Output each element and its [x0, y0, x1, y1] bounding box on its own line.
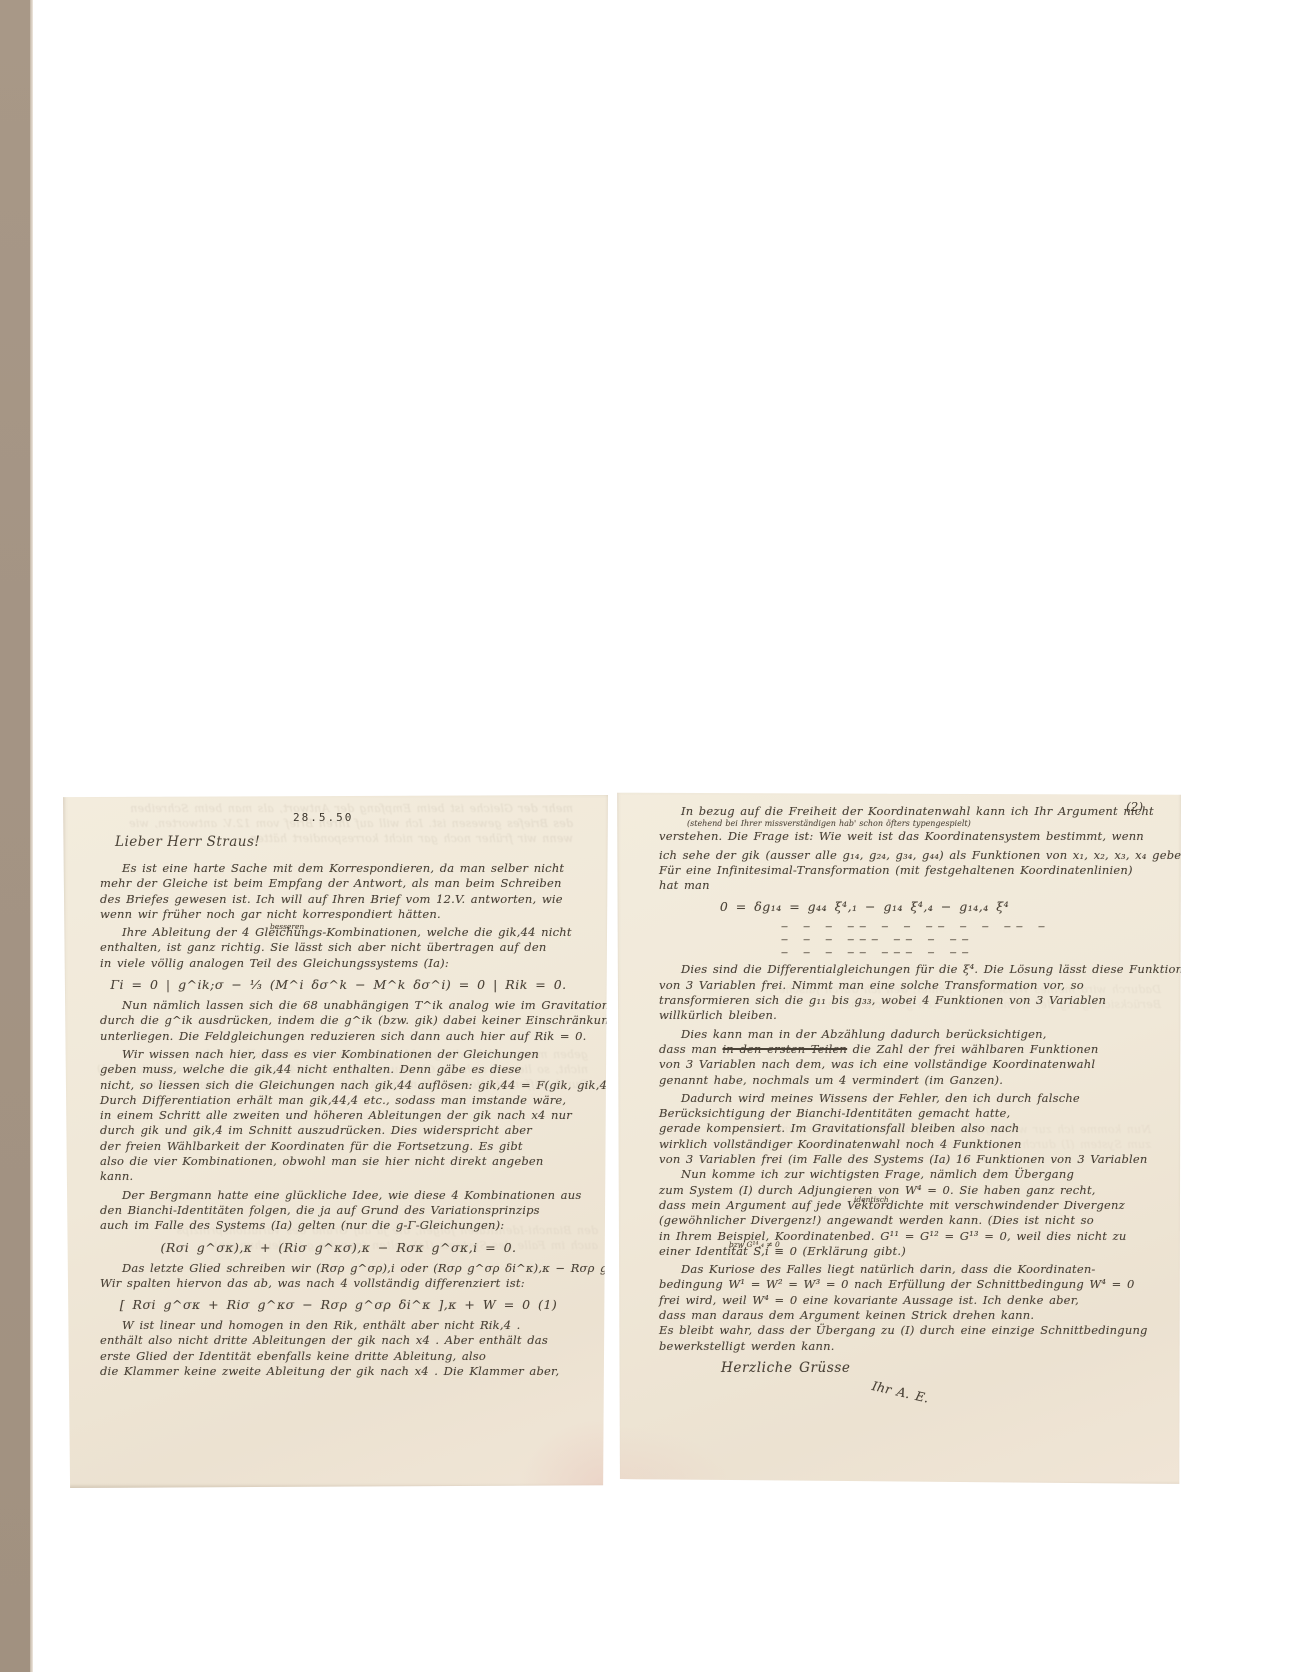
- handwriting-line: Nun nämlich lassen sich die 68 unabhängi…: [100, 998, 577, 1013]
- letter-page-1: mehr der Gleiche ist beim Empfang der An…: [63, 795, 608, 1488]
- page1-text: 28.5.50 Lieber Herr Straus! Es ist eine …: [100, 811, 577, 1379]
- handwriting-line: Der Bergmann hatte eine glückliche Idee,…: [100, 1188, 577, 1203]
- handwriting-line: hat man: [659, 878, 1165, 893]
- handwriting-line: erste Glied der Identität ebenfalls kein…: [100, 1349, 577, 1364]
- signature: Ihr A. E.: [871, 1378, 962, 1413]
- letter-date: 28.5.50: [293, 811, 577, 824]
- handwriting-line: von 3 Variablen nach dem, was ich eine v…: [659, 1057, 1165, 1072]
- handwriting-line: enthalten, ist ganz richtig. Sie lässt s…: [100, 940, 577, 955]
- handwriting-line: dass man daraus dem Argument keinen Stri…: [659, 1308, 1165, 1323]
- handwriting-line: Wir spalten hiervon das ab, was nach 4 v…: [100, 1276, 577, 1291]
- page2-text: In bezug auf die Freiheit der Koordinate…: [659, 804, 1165, 1394]
- handwriting-line: transformieren sich die g₁₁ bis g₃₃, wob…: [659, 993, 1165, 1008]
- handwriting-line: W ist linear und homogen in den Rik, ent…: [100, 1318, 577, 1333]
- handwriting-line: Wir wissen nach hier, dass es vier Kombi…: [100, 1047, 577, 1062]
- handwriting-line: Dies kann man in der Abzählung dadurch b…: [659, 1027, 1165, 1042]
- handwriting-line: geben muss, welche die gik,44 nicht enth…: [100, 1062, 577, 1077]
- inserted-word: identisch: [854, 1192, 889, 1207]
- handwriting-line: den Bianchi-Identitäten folgen, die ja a…: [100, 1203, 577, 1218]
- handwriting-line: Das Kuriose des Falles liegt natürlich d…: [659, 1262, 1165, 1277]
- handwriting-line: Für eine Infinitesimal-Transformation (m…: [659, 863, 1165, 878]
- handwriting-line: enthält also nicht dritte Ableitungen de…: [100, 1333, 577, 1348]
- handwriting-line: frei wird, weil W⁴ = 0 eine kovariante A…: [659, 1293, 1165, 1308]
- handwriting-line: wenn wir früher noch gar nicht korrespon…: [100, 907, 577, 922]
- handwriting-line: Durch Differentiation erhält man gik,44,…: [100, 1093, 577, 1108]
- handwriting-line: besseren Ihre Ableitung der 4 Gleichungs…: [100, 925, 577, 940]
- ditto-dashes: ‒ ‒ ‒ ‒‒‒ ‒‒ ‒ ‒‒: [781, 933, 1165, 946]
- handwriting-line-with-strikethrough: dass man in den ersten Teilen die Zahl d…: [659, 1042, 1165, 1057]
- handwriting-line: wirklich vollständiger Koordinatenwahl n…: [659, 1137, 1165, 1152]
- photo-backdrop: { "colors": { "backdrop": "#ffffff", "le…: [0, 0, 1301, 1672]
- handwriting-line: Es bleibt wahr, dass der Übergang zu (I)…: [659, 1323, 1165, 1338]
- handwriting-line: gerade kompensiert. Im Gravitationsfall …: [659, 1121, 1165, 1136]
- handwriting-line: identisch dass mein Argument auf jede Ve…: [659, 1198, 1165, 1213]
- handwriting-line: auch im Falle des Systems (Ia) gelten (n…: [100, 1218, 577, 1233]
- handwriting-equation: [ Rσi g^σκ + Riσ g^κσ − Rσρ g^σρ δi^κ ],…: [100, 1296, 577, 1314]
- handwriting-line: willkürlich bleiben.: [659, 1008, 1165, 1023]
- handwriting-line: Es ist eine harte Sache mit dem Korrespo…: [100, 861, 577, 876]
- letter-page-2: (2) Dadurch wird meines Wissens der Fehl…: [616, 792, 1181, 1486]
- handwriting-line: der freien Wählbarkeit der Koordinaten f…: [100, 1139, 577, 1154]
- handwriting-equation: Γi = 0 | g^ik;σ − ⅓ (M^i δσ^k − M^k δσ^i…: [100, 976, 577, 994]
- handwriting-line: durch die g^ik ausdrücken, indem die g^i…: [100, 1013, 577, 1028]
- handwriting-line: nicht, so liessen sich die Gleichungen n…: [100, 1078, 577, 1093]
- handwriting-line: bewerkstelligt werden kann.: [659, 1339, 1165, 1354]
- handwriting-line: bedingung W¹ = W² = W³ = 0 nach Erfüllun…: [659, 1277, 1165, 1292]
- handwriting-line: in viele völlig analogen Teil des Gleich…: [100, 956, 577, 971]
- handwriting-line: mehr der Gleiche ist beim Empfang der An…: [100, 876, 577, 891]
- ditto-dashes: ‒ ‒ ‒ ‒‒ ‒ ‒ ‒‒ ‒ ‒ ‒‒ ‒: [781, 920, 1165, 933]
- handwriting-line: Dies sind die Differentialgleichungen fü…: [659, 962, 1165, 977]
- handwriting-equation: (Rσi g^σκ),κ + (Riσ g^κσ),κ − Rσκ g^σκ,i…: [100, 1239, 577, 1257]
- inserted-note-line: (stehend bei Ihrer missverständigen hab'…: [687, 819, 1165, 829]
- handwriting-equation: 0 = δg₁₄ = g₄₄ ξ⁴,₁ − g₁₄ ξ⁴,₄ − g₁₄,₄ ξ…: [659, 898, 1165, 916]
- ditto-dashes: ‒ ‒ ‒ ‒‒ ‒‒‒ ‒ ‒‒: [781, 946, 1165, 959]
- handwriting-line: von 3 Variablen frei. Nimmt man eine sol…: [659, 978, 1165, 993]
- handwriting-line: unterliegen. Die Feldgleichungen reduzie…: [100, 1029, 577, 1044]
- handwriting-line: Nun komme ich zur wichtigsten Frage, näm…: [659, 1167, 1165, 1182]
- inserted-formula: bzw G¹⁴,₄ ≠ 0: [729, 1237, 780, 1252]
- inserted-word: besseren: [248, 919, 304, 934]
- handwriting-line: Das letzte Glied schreiben wir (Rσρ g^σρ…: [100, 1261, 577, 1276]
- handwriting-line: zum System (I) durch Adjungieren von W⁴ …: [659, 1183, 1165, 1198]
- handwriting-line: ich sehe der gik (ausser alle g₁₄, g₂₄, …: [659, 848, 1165, 863]
- handwriting-line: die Klammer keine zweite Ableitung der g…: [100, 1364, 577, 1379]
- handwriting-line: Berücksichtigung der Bianchi-Identitäten…: [659, 1106, 1165, 1121]
- struck-text: in den ersten Teilen: [723, 1042, 848, 1056]
- handwriting-line: also die vier Kombinationen, obwohl man …: [100, 1154, 577, 1169]
- handwriting-line: von 3 Variablen frei (im Falle des Syste…: [659, 1152, 1165, 1167]
- handwriting-line: In bezug auf die Freiheit der Koordinate…: [659, 804, 1165, 819]
- handwriting-line: durch gik und gik,4 im Schnitt auszudrüc…: [100, 1123, 577, 1138]
- closing-valediction: Herzliche Grüsse: [721, 1361, 1165, 1376]
- handwriting-line: kann.: [100, 1169, 577, 1184]
- left-border-stripe: [0, 0, 30, 1672]
- handwriting-line: in einem Schritt alle zweiten und höhere…: [100, 1108, 577, 1123]
- handwriting-line: Dadurch wird meines Wissens der Fehler, …: [659, 1091, 1165, 1106]
- handwriting-line: des Briefes gewesen ist. Ich will auf Ih…: [100, 892, 577, 907]
- handwriting-line: verstehen. Die Frage ist: Wie weit ist d…: [659, 829, 1165, 844]
- handwriting-line: bzw G¹⁴,₄ ≠ 0 einer Identität S,i ≡ 0 (E…: [659, 1244, 1165, 1259]
- salutation: Lieber Herr Straus!: [115, 834, 577, 850]
- handwriting-line: (gewöhnlicher Divergenz!) angewandt werd…: [659, 1213, 1165, 1228]
- handwriting-line: genannt habe, nochmals um 4 vermindert (…: [659, 1073, 1165, 1088]
